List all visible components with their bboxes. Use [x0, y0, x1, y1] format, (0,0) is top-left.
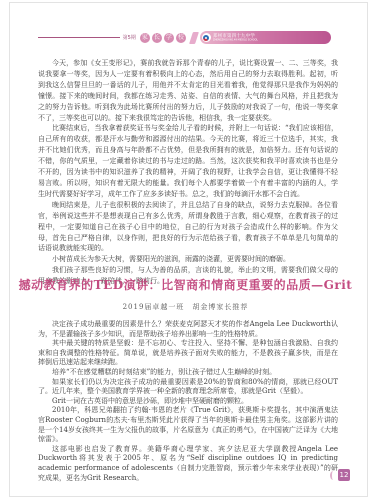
school-logo-icon: [202, 33, 211, 42]
paragraph: 比赛结束后，当我拿着获奖证书与奖金给儿子看的时候，并附上一句话说：“我们应该相信…: [38, 123, 338, 199]
paragraph: Grit一词在古英语中的意思是沙砾，即沙堆中坚硬耐磨的颗粒。: [38, 397, 338, 407]
paragraph: 如果家长们仍以为决定孩子成功的最重要因素是20%的智商和80%的情商，那就已经O…: [38, 378, 338, 397]
page-header: 第5期 家 长 学 校 郑州市第四十九中学 ZHENGZHOU NO.49 MI…: [38, 30, 331, 45]
essay-main: 决定孩子成功最重要的因素是什么？荣获麦克阿瑟天才奖的作者Angela Lee D…: [38, 320, 338, 483]
column-badge-4: 校: [176, 33, 186, 43]
paragraph: 这部电影也启发了教育界。美籍华裔心理学家、宾夕法尼亚大学副教授Angela Le…: [38, 445, 338, 483]
paragraph: 今天，参加《女王变形记》，赛前我就告诉那个青春的儿子，说比赛设置一、二、三等奖，…: [38, 58, 338, 123]
paragraph: 决定孩子成功最重要的因素是什么？荣获麦克阿瑟天才奖的作者Angela Lee D…: [38, 320, 338, 339]
article-byline: 2019届卓越一班 胡金博家长推荐: [0, 302, 371, 312]
column-badge-1: 家: [140, 33, 150, 43]
page-number: 12: [338, 469, 350, 481]
essay-top: 今天，参加《女王变形记》，赛前我就告诉那个青春的儿子，说比赛设置一、二、三等奖，…: [38, 58, 338, 287]
paragraph: 小树苗成长为参天大树，需要阳光的滋润，雨露的浇灌，更需要时间的磨砺。: [38, 254, 338, 265]
paragraph: 其中最关键的特质是坚毅：是不忘初心、专注投入、坚持不懈、是种包涵自我激励、自我约…: [38, 339, 338, 368]
school-banner: 郑州市第四十九中学 ZHENGZHOU NO.49 MIDDLE SCHOOL: [200, 31, 331, 44]
school-name-en: ZHENGZHOU NO.49 MIDDLE SCHOOL: [213, 39, 258, 41]
column-badge-2: 长: [152, 33, 162, 43]
header-rule: [38, 37, 120, 38]
article-title: 撼动教育界的TED演讲：比智商和情商更重要的品质—Grit: [16, 276, 355, 293]
leaf-deco-icon: [330, 471, 336, 480]
paragraph: 培养“不在感觉糟糕的时刻结束”的能力，别让孩子错过人生巅峰的时刻。: [38, 368, 338, 378]
paragraph: 2010年，科恩兄弟翻拍了约翰·韦恩的老片《True Grit》，获奥斯卡奖提名…: [38, 406, 338, 444]
paragraph: 晚间结束是，儿子也很积极的去阅读了，并且总结了自身的缺点，说努力去克服掉。各位看…: [38, 200, 338, 255]
column-badge-3: 学: [164, 33, 174, 43]
school-text: 郑州市第四十九中学 ZHENGZHOU NO.49 MIDDLE SCHOOL: [213, 32, 325, 43]
page-footer: 12: [330, 469, 350, 481]
banner-notch: [189, 32, 199, 44]
issue-label: 第5期: [123, 34, 136, 41]
